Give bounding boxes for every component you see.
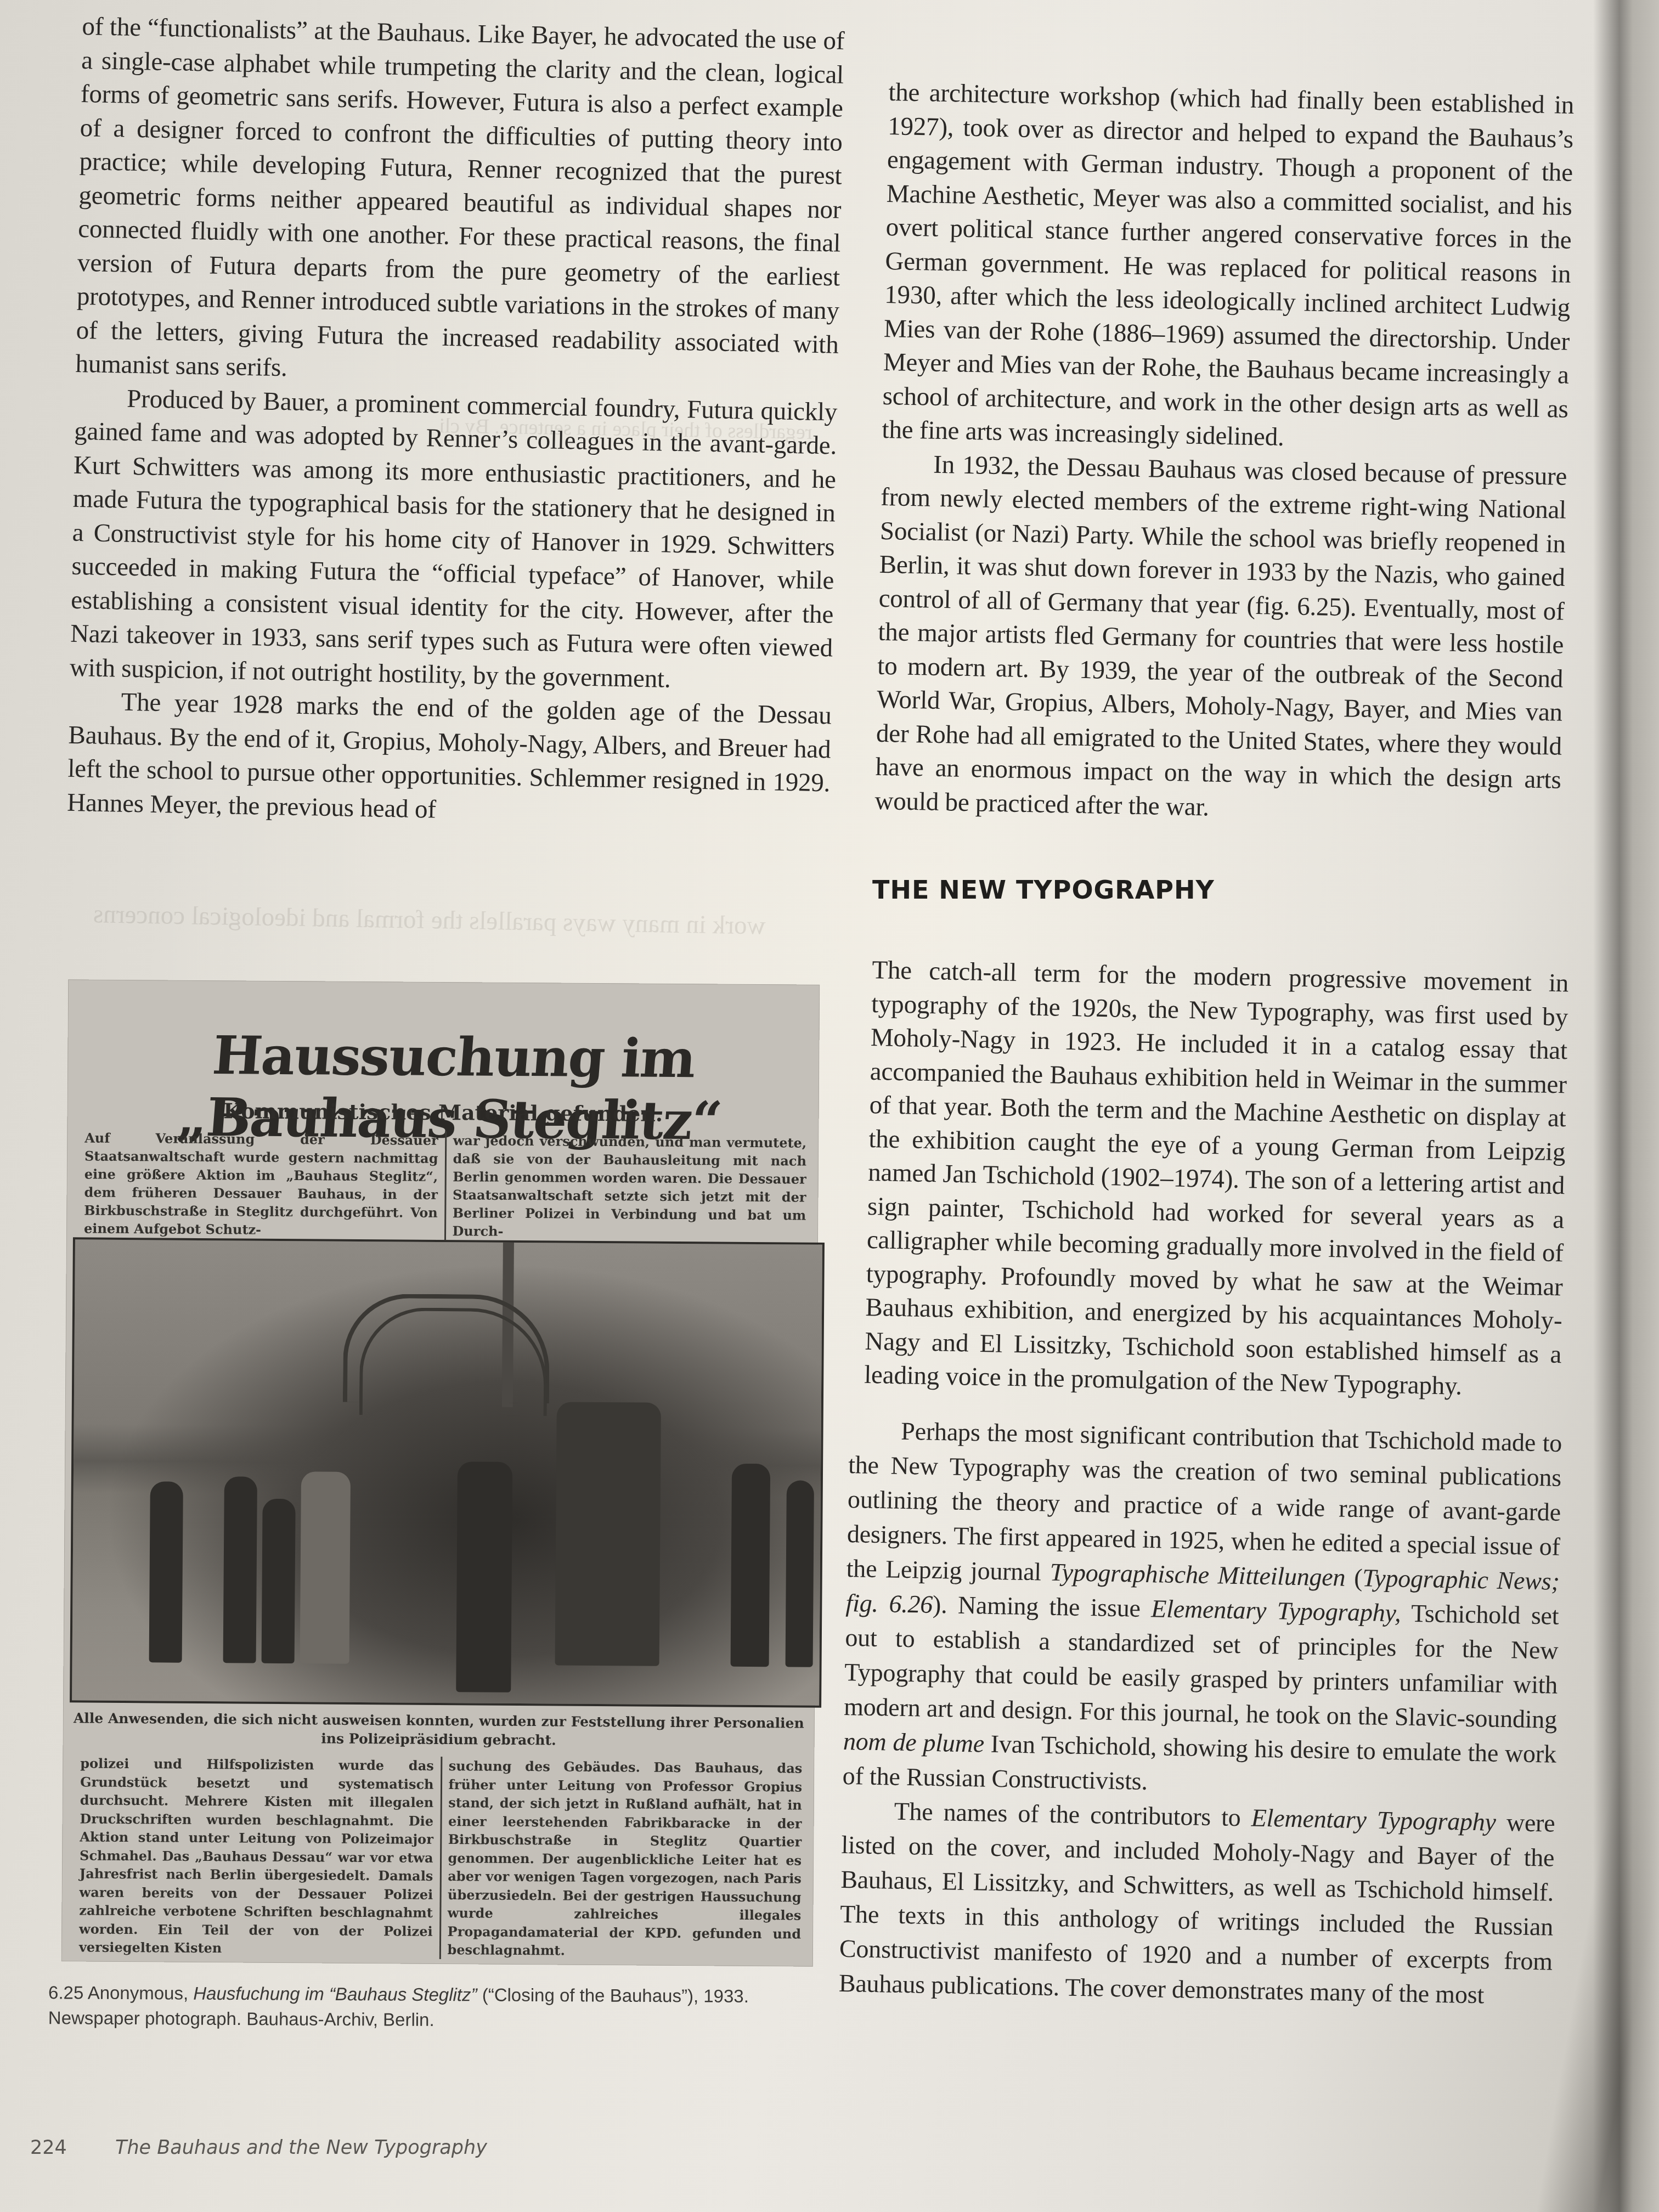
photo-person	[731, 1464, 771, 1667]
right-text-column-bottom-continued: Perhaps the most significant contributio…	[838, 1413, 1562, 2013]
show-through-text: work in many ways parallels the formal a…	[93, 899, 766, 940]
section-heading: THE NEW TYPOGRAPHY	[872, 875, 1215, 905]
italic-title: Elementary Typography,	[1151, 1594, 1401, 1627]
italic-title: Typographische Mitteilungen	[1049, 1558, 1346, 1592]
photo-person	[149, 1481, 183, 1662]
body-paragraph: of the “functionalists” at the Bauhaus. …	[75, 10, 845, 396]
newspaper-clipping-figure: Haussuchung im „Bauhaus Steglitz“ Kommun…	[61, 979, 820, 1967]
caption-title: Hausfuchung im “Bauhaus Steglitz”	[193, 1983, 477, 2005]
italic-title: Elementary Typography	[1251, 1804, 1496, 1836]
newspaper-column: war jedoch verschwunden, und man vermute…	[444, 1131, 813, 1243]
body-paragraph: The names of the contributors to Element…	[838, 1793, 1555, 2013]
photo-person	[300, 1471, 351, 1664]
photo-person	[456, 1462, 512, 1692]
newspaper-column: polizei und Hilfspolizisten wurde das Gr…	[72, 1754, 441, 1959]
newspaper-bottom-columns: polizei und Hilfspolizisten wurde das Gr…	[72, 1754, 809, 1961]
photo-person	[262, 1499, 296, 1663]
figure-caption: 6.25 Anonymous, Hausfuchung im “Bauhaus …	[48, 1980, 827, 2034]
page-edge-shadow	[1593, 0, 1659, 2212]
newspaper-top-columns: Auf Veranlassung der Dessauer Staatsanwa…	[77, 1128, 813, 1242]
italic-term: nom de plume	[843, 1727, 985, 1758]
right-text-column-top: the architecture workshop (which had fin…	[874, 76, 1575, 831]
text-run: were listed on the cover, and included M…	[838, 1808, 1555, 2009]
page-number: 224	[30, 2137, 115, 2159]
body-paragraph: The catch-all term for the modern progre…	[864, 953, 1569, 1406]
left-text-column: of the “functionalists” at the Bauhaus. …	[67, 10, 845, 834]
body-paragraph: The year 1928 marks the end of the golde…	[67, 685, 832, 834]
body-paragraph: Perhaps the most significant contributio…	[842, 1413, 1562, 1806]
body-paragraph: In 1932, the Dessau Bauhaus was closed b…	[874, 447, 1567, 831]
body-paragraph: the architecture workshop (which had fin…	[882, 76, 1575, 460]
text-run: ). Naming the issue	[933, 1590, 1152, 1622]
text-run: The names of the contributors to	[894, 1797, 1251, 1832]
page-footer: 224The Bauhaus and the New Typography	[30, 2137, 487, 2159]
newspaper-photograph	[70, 1237, 825, 1708]
figure-number: 6.25	[48, 1982, 83, 2002]
photo-person	[223, 1476, 257, 1663]
photo-person	[555, 1402, 661, 1666]
newspaper-column: suchung des Gebäudes. Das Bauhaus, das f…	[439, 1757, 809, 1961]
newspaper-photo-caption: Alle Anwesenden, die sich nicht ausweise…	[63, 1709, 815, 1752]
newspaper-subheadline: Kommunistisches Material gefunden.	[67, 1097, 819, 1127]
text-run: (	[1345, 1564, 1363, 1592]
caption-text: Anonymous,	[83, 1983, 193, 2004]
body-paragraph: Produced by Bauer, a prominent commercia…	[69, 381, 837, 699]
newspaper-column: Auf Veranlassung der Dessauer Staatsanwa…	[77, 1128, 445, 1240]
photo-person	[786, 1480, 814, 1667]
running-head: The Bauhaus and the New Typography	[115, 2137, 487, 2159]
right-text-column-bottom: The catch-all term for the modern progre…	[864, 953, 1569, 1406]
